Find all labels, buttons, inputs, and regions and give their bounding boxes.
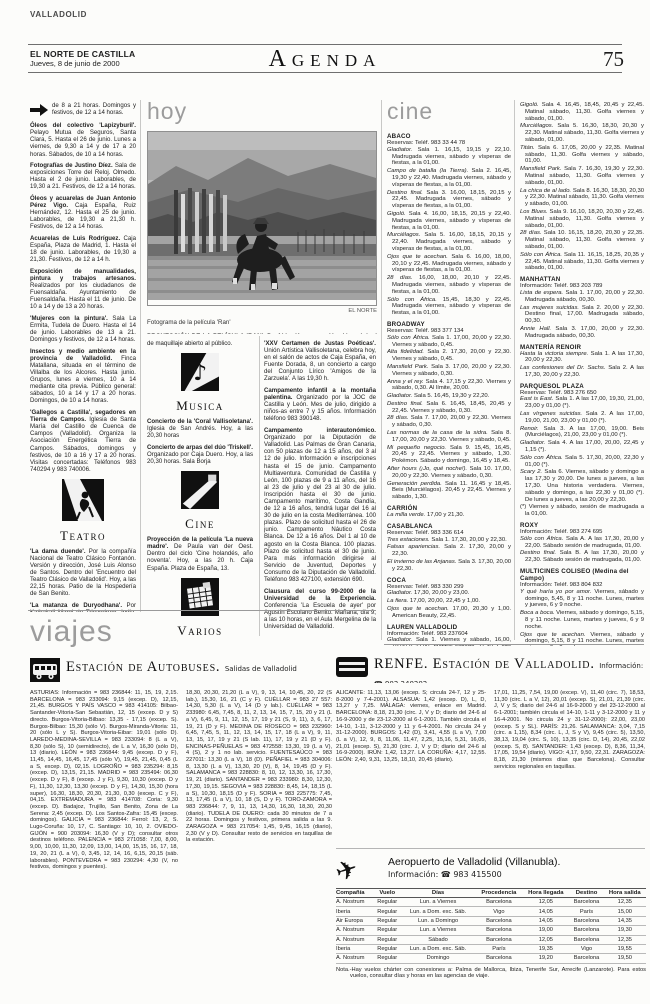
agenda-first-item: de 8 a 21 horas. Domingos y festivos, de…: [30, 102, 136, 116]
flight-cell: A. Nostrum: [336, 935, 374, 944]
airport-title: Aeropuerto de Valladolid (Villanubla).: [336, 856, 646, 868]
flight-cell: Regular: [374, 907, 401, 916]
film-title: Destino final.: [387, 401, 423, 407]
listing-item: Insectos y medio ambiente en la provinci…: [30, 348, 136, 405]
listing-item: Óleos del colectivo 'Lapizyburil'. Pelay…: [30, 122, 136, 157]
film-title: East is East.: [520, 396, 553, 402]
flight-cell: Domingo: [401, 954, 476, 963]
flight-cell: París: [476, 944, 523, 953]
varios-heading: Varios: [147, 623, 253, 639]
film-listing: (*) Viernes y sábado, sesión de madrugad…: [520, 504, 644, 518]
flight-cell: Vigo: [476, 907, 523, 916]
column-divider: [514, 100, 515, 640]
theater-icon: [62, 479, 104, 521]
film-listing: 28 días. 16,00, 18,00, 20,10 y 22,45. Ma…: [387, 275, 511, 295]
film-title: Ojos que te acechan.: [520, 632, 586, 638]
arrow-icon: [30, 104, 48, 116]
airport-rule: [336, 848, 645, 849]
flight-row: A. NostrumRegularLun. a ViernesBarcelona…: [336, 898, 646, 907]
flight-cell: 12,35: [604, 898, 646, 907]
viajes-rule: [28, 610, 376, 611]
listing-item: Acuarelas de Luis Rodríguez. Caja España…: [30, 235, 136, 263]
cinema-venue-name: PARQUESOL PLAZA: [520, 383, 644, 390]
film-listing: Destino final. Sala B. A las 17,30, 20,0…: [520, 550, 644, 564]
film-title: 28 días.: [387, 415, 409, 421]
flight-cell: Barcelona: [569, 926, 603, 935]
film-title: Ojos que te acechan.: [387, 606, 449, 612]
film-listing: Gigoló. Sala 4. 16,00, 18,15, 20,15 y 22…: [387, 211, 511, 231]
film-listing: Murciélagos. Sala 5. 16,00, 18,15, 20,15…: [387, 232, 511, 252]
film-title: Lista de espera.: [520, 290, 563, 296]
renfe-schedule-col-2: 17,01, 11,25, 7,54, 19,00 (excep. V), 11…: [494, 690, 645, 842]
listing-lead: Acuarelas de Luis Rodríguez.: [30, 235, 120, 242]
film-listing: Gigoló. Sala 4. 16,45, 18,45, 20,45 y 22…: [520, 102, 644, 122]
teatro-heading: Teatro: [30, 528, 136, 544]
film-title: After hours (¡Jo, qué noche!).: [387, 466, 467, 472]
film-listing: Sólo con África. Sala A. A las 17,30, 20…: [520, 536, 644, 550]
film-title: Annie Hall.: [520, 326, 551, 332]
listing-lead: 'Mujeres con la pintura'.: [30, 315, 108, 322]
film-listing: Hasta la victoria siempre. Sala 1. A las…: [520, 351, 644, 365]
film-title: Sólo con África.: [387, 297, 437, 303]
flight-cell: Barcelona: [476, 935, 523, 944]
cine-heading: cine: [387, 98, 511, 125]
flight-cell: Sábado: [401, 935, 476, 944]
renfe-title: RENFE. Estación de Valladolid.: [374, 656, 595, 672]
film-listing: Generación perdida. Sala 11. 16,45 y 18,…: [387, 481, 511, 501]
film-title: Scary 2.: [520, 469, 542, 475]
film-title: Mansfield Park.: [520, 166, 562, 172]
listing-lead: Campamento interautonómico.: [264, 427, 376, 434]
film-title: Las normas de la casa de la sidra.: [387, 430, 488, 436]
flight-cell: Barcelona: [476, 926, 523, 935]
film-title: Falsas apariencias.: [387, 544, 440, 550]
bus-header: Estación de Autobuses. Salidas de Vallad…: [30, 658, 330, 684]
train-icon: [336, 655, 368, 679]
hoy-section: hoy: [147, 98, 377, 334]
flight-row: A. NostrumRegularDomingoBarcelona19,20Ba…: [336, 954, 646, 963]
film-title: Destino final.: [520, 550, 556, 556]
film-listing: Mansfield Park. Sala 3. 17,00, 20,00 y 2…: [387, 364, 511, 378]
film-title: 28 días.: [387, 275, 413, 281]
airport-info: Información: ☎ 983 415500: [336, 870, 646, 879]
flight-cell: Barcelona: [569, 916, 603, 925]
film-title: Generación perdida.: [387, 481, 442, 487]
listing-lead: Óleos del colectivo 'Lapizyburil'.: [30, 122, 136, 129]
film-title: Las confesiones del Dr. Sachs.: [520, 365, 605, 371]
cinema-venue-phone: Reservas: Teléf. 983 336 614: [387, 530, 511, 537]
flights-header-cell: Compañía: [336, 889, 374, 898]
listing-item: Campamento infantil a la montaña palenti…: [264, 387, 376, 422]
listing-lead: Concierto de arpas del dúo 'Triskell'.: [147, 444, 253, 451]
film-listing: Tres estaciones. Sala 1. 17,30, 20,00 y …: [387, 537, 511, 544]
cine-listings-column-1: cine ABACOReservas: Teléf. 983 33 44 78G…: [387, 98, 511, 646]
film-listing: Murciélagos. Sala 5. 16,30, 18,30, 20,30…: [520, 123, 644, 143]
svg-text:♪: ♪: [193, 361, 207, 386]
film-listing: After hours (¡Jo, qué noche!). Sala 10. …: [387, 466, 511, 480]
film-listing: Destino final. Sala 3. 16,00, 18,15, 20,…: [387, 190, 511, 210]
listing-item: Clausura del curso 99-2000 de la Univers…: [264, 588, 376, 631]
film-listing: Lista de espera. Sala 1. 17,00, 20,00 y …: [520, 290, 644, 304]
flight-cell: 14,05: [522, 907, 569, 916]
film-title: Gladiator.: [387, 590, 412, 596]
masthead-rule-top: [28, 44, 622, 45]
film-title: Gladiator.: [387, 393, 412, 399]
music-icon: ♪: [181, 353, 219, 391]
film-title: El invierno de las Anjanas.: [387, 559, 456, 565]
film-title: Murciélagos.: [387, 232, 420, 238]
cinema-venue-name: CASABLANCA: [387, 523, 511, 530]
listing-item: 'XXV Certamen de Justas Poéticas'. Unión…: [264, 340, 376, 383]
film-listing: Campo de batalla (la Tierra). Sala 2. 16…: [387, 168, 511, 188]
film-title: Sólo con África.: [520, 252, 562, 258]
film-listing: Alta fidelidad. Sala 2. 17,30, 20,00 y 2…: [387, 349, 511, 363]
film-listing: La chica de al lado. Sala 8. 16,30, 18,3…: [520, 188, 644, 208]
flight-cell: 19,50: [604, 954, 646, 963]
flight-row: A. NostrumRegularSábadoBarcelona12,05Bar…: [336, 935, 646, 944]
film-title: Sólo con África.: [520, 536, 563, 542]
flights-table: CompañíaVueloDíasProcedenciaHora llegada…: [336, 888, 646, 964]
film-title: Hasta la victoria siempre.: [520, 351, 588, 357]
film-listing: Y qué haría yo por amor. Viernes, sábado…: [520, 589, 644, 609]
bus-schedule-col-1: ASTURIAS: Información = 983 236844: 11, …: [30, 690, 178, 998]
film-listing: Las mujeres suicidas. Sala 2. 20,00 y 22…: [520, 305, 644, 325]
newspaper-page: VALLADOLID EL NORTE DE CASTILLA Jueves, …: [0, 0, 650, 1004]
musica-icon-block: ♪: [147, 353, 253, 396]
listing-item: Óleos y acuarelas de Juan Antonio Pérez …: [30, 195, 136, 230]
film-title: Sólo con África.: [520, 455, 563, 461]
film-listing: Renoir. Sala 3. A las 17,00, 19,00. Beis…: [520, 426, 644, 440]
hoy-heading: hoy: [147, 98, 377, 125]
film-listing: Gladiator. Sala 5. 16,45, 19,30 y 22,20.: [387, 393, 511, 400]
flight-cell: Lun. a Domingo: [401, 916, 476, 925]
listing-item: 'Mujeres con la pintura'. Sala La Ermita…: [30, 315, 136, 343]
cinema-venue-phone: Información: Teléf. 983 804 832: [520, 582, 644, 589]
flights-header-cell: Hora llegada: [522, 889, 569, 898]
film-title: Los Blues.: [520, 209, 548, 215]
cinema-venue-phone: Información: Teléf. 983 274 695: [520, 529, 644, 536]
film-title: 28 días.: [520, 230, 542, 236]
cinema-venue-name: COCA: [387, 577, 511, 584]
flight-cell: Lun. a Viernes: [401, 898, 476, 907]
listing-item: Exposición de manualidades, pintura y tr…: [30, 268, 136, 311]
film-title: Ojos que te acechan.: [387, 254, 448, 260]
film-listing: Sólo con África. Sala 1. 17,00, 20,00 y …: [387, 335, 511, 349]
cinema-venue-name: LAUREN VALLADOLID: [387, 624, 511, 631]
cinema-venue-phone: Información: Teléf. 983 203 789: [520, 283, 644, 290]
listing-item: Fotografías de Justino Díez. Sala de exp…: [30, 162, 136, 190]
film-title: La chica de al lado.: [520, 188, 571, 194]
flights-note: Nota.-Hay vuelos chárter con conexiones …: [336, 967, 646, 980]
cinema-venue-name: MULTICINES COLISEO (Medina del Campo): [520, 568, 644, 582]
renfe-header: RENFE. Estación de Valladolid. Informaci…: [336, 655, 646, 683]
listing-lead: 'La dama duende'.: [30, 548, 86, 555]
film-title: Sólo con África.: [387, 335, 430, 341]
column-divider: [381, 100, 382, 640]
flight-cell: Barcelona: [569, 898, 603, 907]
flight-cell: A. Nostrum: [336, 898, 374, 907]
film-listing: Gladiator. Sala 1. 16,15, 19,15 y 22,10.…: [387, 147, 511, 167]
film-listing: La fiera. 17,00, 20,00, 22,45 y 1,00.: [387, 598, 511, 605]
flight-cell: 19,00: [522, 926, 569, 935]
flight-cell: Barcelona: [476, 916, 523, 925]
film-listing: Gladiator. 17,30, 20,00 y 23,00.: [387, 590, 511, 597]
film-listing: Anna y el rey. Sala 4. 17,15 y 22,30. Vi…: [387, 379, 511, 393]
flight-cell: 15,00: [604, 907, 646, 916]
listing-lead: Óleos y acuarelas de Juan Antonio Pérez …: [30, 195, 136, 209]
listing-lead: Concierto de la 'Coral Vallisoletana'.: [147, 418, 253, 425]
film-title: Gladiator.: [387, 147, 412, 153]
film-listing: 28 días. Sala 7. 17,00, 20,00 y 22,30. V…: [387, 415, 511, 429]
bus-schedule-col-2: 18,30, 20,30, 21,20 (L a V), 9, 13, 14, …: [186, 690, 332, 998]
listing-lead: 'La matanza de Duryodhana'.: [30, 602, 122, 609]
listing-item: 'Gallegos a Castilla', segadores en Tier…: [30, 409, 136, 473]
cinema-venue-phone: Reservas: Teléf. 983 377 134: [387, 328, 511, 335]
listing-lead: Exposición de manualidades, pintura y tr…: [30, 268, 136, 282]
flight-cell: A. Nostrum: [336, 954, 374, 963]
musica-heading: Musica: [147, 398, 253, 414]
cinema-venue-name: ROXY: [520, 522, 644, 529]
cinema-venue-name: CARRIÓN: [387, 505, 511, 512]
film-listing: Destino final. Sala 6. 16,45, 18,45, 20,…: [387, 401, 511, 415]
film-listing: Las vírgenes suicidas. Sala 2. A las 17,…: [520, 411, 644, 425]
film-title: Anna y el rey.: [387, 379, 424, 385]
listing-item: Concierto de arpas del dúo 'Triskell'. O…: [147, 444, 253, 465]
film-title: Campo de batalla (la Tierra).: [387, 168, 468, 174]
cinema-venue-name: MANTERÍA RENOIR: [520, 344, 644, 351]
flights-header-cell: Días: [401, 889, 476, 898]
flight-cell: París: [569, 907, 603, 916]
film-listing: 28 días. Sala 10. 16,15, 18,20, 20,30 y …: [520, 230, 644, 250]
agenda-column-3: 'XXV Certamen de Justas Poéticas'. Unión…: [264, 340, 376, 640]
flight-cell: 14,05: [522, 916, 569, 925]
cinema-venue-phone: Reservas: Teléf. 983 330 299: [387, 584, 511, 591]
listing-item: Concierto de la 'Coral Vallisoletana'. I…: [147, 418, 253, 439]
bus-station-subtitle: Salidas de Valladolid: [225, 665, 297, 673]
flight-cell: Barcelona: [569, 935, 603, 944]
flight-cell: Iberia: [336, 944, 374, 953]
film-listing: Mi pequeño negocio. Sala 9. 15,45, 16,45…: [387, 445, 511, 465]
cine-col2-heading: Cine: [147, 516, 253, 532]
listing-item: Campamento interautonómico. Organizado p…: [264, 427, 376, 583]
flight-cell: Barcelona: [476, 954, 523, 963]
listing-lead: Campamento infantil a la montaña palenti…: [264, 387, 376, 401]
film-title: Gladiator.: [520, 440, 545, 446]
film-title: Alta fidelidad.: [387, 349, 424, 355]
flights-header-cell: Destino: [569, 889, 603, 898]
flight-cell: 14,35: [604, 916, 646, 925]
flight-cell: 19,55: [604, 944, 646, 953]
film-listing: Gladiator. Sala 4. A las 17,00, 20,00, 2…: [520, 440, 644, 454]
flight-cell: 19,20: [522, 954, 569, 963]
flight-cell: Barcelona: [569, 954, 603, 963]
listing-lead: Proyección de la película 'La nueva madr…: [147, 536, 253, 550]
page-title: Agenda: [0, 46, 650, 73]
film-listing: Mansfield Park. Sala 7. 16,30, 19,30 y 2…: [520, 166, 644, 186]
film-title: La fiera.: [387, 598, 408, 604]
flight-cell: 19,30: [604, 926, 646, 935]
teatro-icon-block: [30, 479, 136, 526]
cinema-icon: [181, 471, 219, 509]
flight-cell: 12,05: [522, 935, 569, 944]
flight-cell: 12,35: [604, 935, 646, 944]
hoy-highlight-text: PROYECCIÓN DE LA PELÍCULA 'RAN'. De Akir…: [147, 333, 377, 334]
film-title: Destino final.: [387, 190, 423, 196]
flights-header-cell: Vuelo: [374, 889, 401, 898]
agenda-column-1: de 8 a 21 horas. Domingos y festivos, de…: [30, 102, 136, 612]
film-title: Mi pequeño negocio.: [387, 445, 446, 451]
listing-lead: Clausura del curso 99-2000 de la Univers…: [264, 588, 376, 602]
flight-cell: Regular: [374, 944, 401, 953]
flight-row: A. NostrumRegularLun. a ViernesBarcelona…: [336, 926, 646, 935]
flight-cell: Iberia: [336, 907, 374, 916]
film-title: Boca a boca.: [520, 610, 554, 616]
listing-lead: Insectos y medio ambiente en la provinci…: [30, 348, 136, 362]
region-label: VALLADOLID: [30, 10, 87, 19]
film-listing: Sólo con África. Sala 5. 17,30, 20,00, 2…: [520, 455, 644, 469]
flight-cell: Vigo: [569, 944, 603, 953]
film-listing: East is East. Sala 1. A las 17,00, 19,30…: [520, 396, 644, 410]
photo-frame: [147, 131, 377, 306]
film-listing: El invierno de las Anjanas. Sala 3. 17,3…: [387, 559, 511, 573]
flight-row: IberiaRegularLun. a Dom. exc. Sáb.Vigo14…: [336, 907, 646, 916]
film-listing: Boca a boca. Viernes, sábado y domingo, …: [520, 610, 644, 630]
film-listing: La milla verde. 17,00 y 21,30.: [387, 512, 511, 519]
column-divider: [140, 100, 141, 612]
film-title: Titán.: [520, 145, 535, 151]
film-listing: Titán. Sala 6. 17,05, 20,00 y 22,35. Mat…: [520, 145, 644, 165]
flight-cell: Lun. a Viernes: [401, 926, 476, 935]
flight-cell: 19,35: [522, 944, 569, 953]
film-listing: Annie Hall. Sala 3. 17,00, 20,00 y 22,30…: [520, 326, 644, 340]
page-number: 75: [603, 47, 624, 72]
cinema-venue-phone: Reservas: Teléf. 983 33 44 78: [387, 140, 511, 147]
film-title: Tres estaciones.: [387, 537, 430, 543]
flights-header-cell: Procedencia: [476, 889, 523, 898]
film-listing: Falsas apariencias. Sala 2. 17,30, 20,00…: [387, 544, 511, 558]
flights-header-cell: Hora salida: [604, 889, 646, 898]
film-title: Renoir.: [520, 426, 539, 432]
listing-item: 'La dama duende'. Por la compañía Nacion…: [30, 548, 136, 598]
film-title: Murciélagos.: [520, 123, 553, 129]
cine-listings-column-2: Gigoló. Sala 4. 16,45, 18,45, 20,45 y 22…: [520, 102, 644, 646]
flight-row: Air EuropaRegularLun. a DomingoBarcelona…: [336, 916, 646, 925]
listing-lead: 'Gallegos a Castilla', segadores en Tier…: [30, 409, 136, 423]
film-title: Mansfield Park.: [387, 364, 429, 370]
listing-lead: 'XXV Certamen de Justas Poéticas'.: [264, 340, 376, 347]
film-title: La milla verde.: [387, 512, 425, 518]
listing-item: Proyección de la película 'La nueva madr…: [147, 536, 253, 571]
photo-caption: Fotograma de la película 'Ran': [147, 319, 377, 326]
film-title: Las vírgenes suicidas.: [520, 411, 582, 417]
flight-cell: Barcelona: [476, 898, 523, 907]
renfe-schedule-col-1: ALICANTE: 11,13, 13,06 (excep. S; circul…: [336, 690, 486, 842]
bus-icon: [30, 658, 60, 682]
flight-cell: A. Nostrum: [336, 926, 374, 935]
film-listing: Las normas de la casa de la sidra. Sala …: [387, 430, 511, 444]
column-divider: [259, 336, 260, 636]
flight-row: IberiaRegularLun. a Dom. exc. Sáb.París1…: [336, 944, 646, 953]
cinema-venue-phone: Reservas: Teléf. 983 276 650: [520, 390, 644, 397]
listing-item: de 8 a 21 horas. Domingos y festivos, de…: [52, 102, 136, 116]
agenda-column-2: de maquillaje abierto al público. ♪ Musi…: [147, 340, 253, 640]
listing-lead: Fotografías de Justino Díez.: [30, 162, 113, 169]
airplane-icon: ✈: [336, 856, 380, 888]
film-listing: Sólo con África. Sala 11. 16,15, 18,25, …: [520, 252, 644, 272]
viajes-heading: viajes: [30, 615, 113, 649]
varios-icon-block: [147, 578, 253, 621]
flight-cell: Regular: [374, 926, 401, 935]
photo-credit: EL NORTE: [147, 308, 377, 314]
film-title: Las mujeres suicidas.: [520, 305, 579, 311]
cinema-venue-name: ABACO: [387, 133, 511, 140]
film-listing: Scary 2. Sala 6. Viernes, sábado y domin…: [520, 469, 644, 503]
cinema-venue-name: BROADWAY: [387, 321, 511, 328]
renfe-rule: [384, 644, 644, 645]
film-listing: Sólo con África. 15,45, 18,30 y 22,45. M…: [387, 297, 511, 317]
listing-continuation: de maquillaje abierto al público.: [147, 340, 253, 347]
cine-icon-block: [147, 471, 253, 514]
flight-cell: Lun. a Dom. exc. Sáb.: [401, 907, 476, 916]
film-title: Gigoló.: [387, 211, 406, 217]
film-listing: Ojos que te acechan. Sala 6. 16,00, 18,0…: [387, 254, 511, 274]
film-title: Gigoló.: [520, 102, 539, 108]
bus-station-title: Estación de Autobuses.: [66, 659, 220, 675]
flight-cell: Lun. a Dom. exc. Sáb.: [401, 944, 476, 953]
flight-cell: Regular: [374, 898, 401, 907]
film-title: Gladiator.: [387, 637, 412, 643]
flight-cell: Regular: [374, 935, 401, 944]
film-listing: Las confesiones del Dr. Sachs. Sala 2. A…: [520, 365, 644, 379]
flight-cell: 12,05: [522, 898, 569, 907]
cinema-venue-name: MANHATTAN: [520, 276, 644, 283]
airport-section: ✈ Aeropuerto de Valladolid (Villanubla).…: [336, 856, 646, 996]
flight-cell: Air Europa: [336, 916, 374, 925]
ran-film-photo: [148, 132, 376, 300]
film-listing: Ojos que te acechan. 17,00, 20,30 y 1,00…: [387, 606, 511, 620]
film-listing: Los Blues. Sala 9. 16,10, 18,20, 20,30 y…: [520, 209, 644, 229]
masthead-rule-bottom: [28, 72, 622, 73]
flight-cell: Regular: [374, 916, 401, 925]
film-title: Y qué haría yo por amor.: [520, 589, 591, 595]
flight-cell: Regular: [374, 954, 401, 963]
cinema-venue-phone: Información: Teléf. 983 237604: [387, 631, 511, 638]
